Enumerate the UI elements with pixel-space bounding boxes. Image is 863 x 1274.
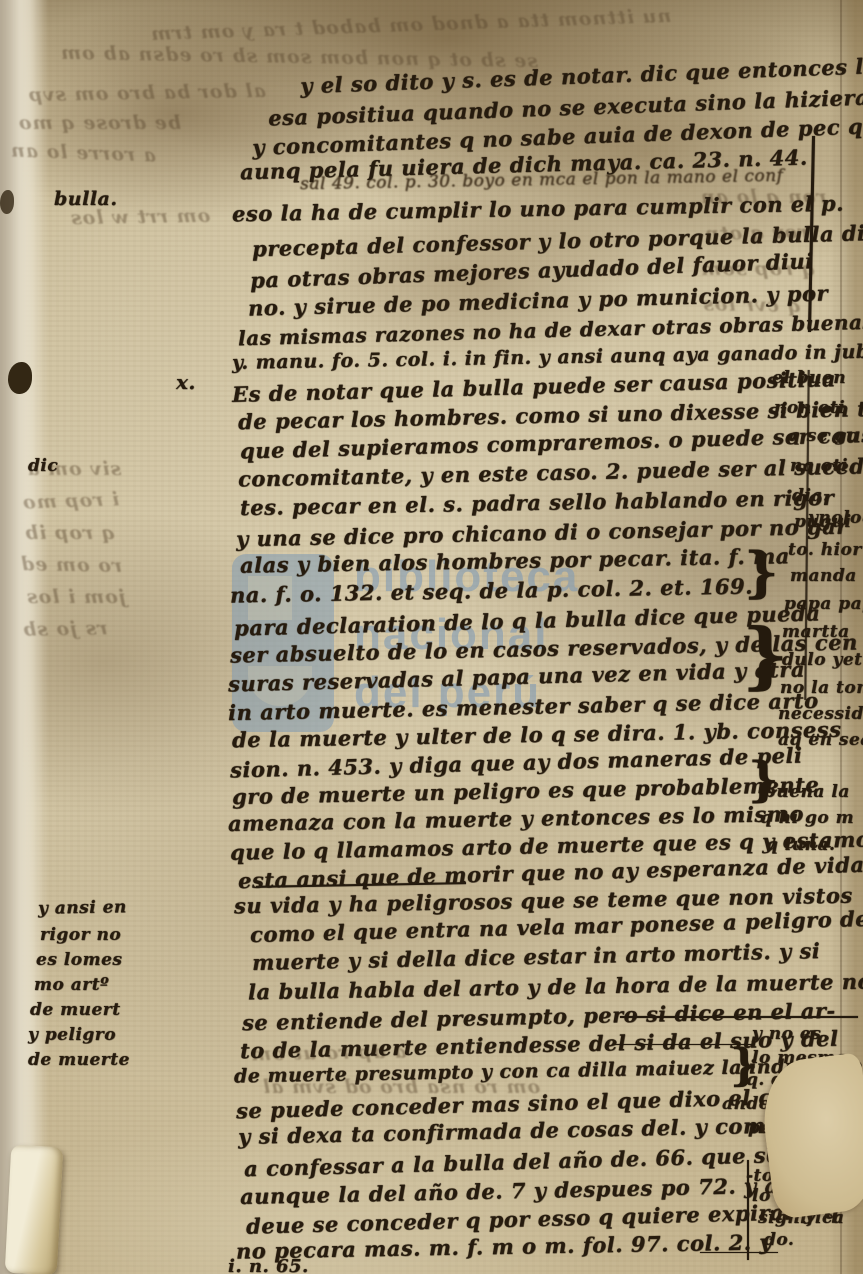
bleedthrough-line: a rorre lo an — [10, 139, 157, 166]
margin-note: papa pap — [784, 594, 863, 614]
underline — [700, 1252, 778, 1253]
bleedthrough-line: jom i los — [26, 586, 126, 608]
ink-blot — [8, 362, 32, 394]
ink-blot — [0, 190, 14, 214]
margin-note: q luna. — [766, 835, 835, 855]
bleedthrough-line: q rop ib — [24, 522, 115, 544]
margin-note: dia. — [792, 486, 829, 506]
bleedthrough-line: rs jo sb — [22, 617, 108, 640]
margin-brace: } — [748, 752, 779, 808]
manuscript-line: na. f. o. 132. et seq. de la p. col. 2. … — [230, 573, 753, 607]
margin-note: y peligro — [28, 1025, 116, 1045]
bleedthrough-line: be drose q mo — [18, 112, 181, 134]
margin-note: q hi go m — [760, 808, 854, 828]
margin-note: q se go — [788, 426, 859, 446]
margin-note: na oti. — [790, 456, 854, 476]
margin-note: rigor no — [40, 925, 121, 945]
margin-note: no la tomo — [780, 678, 863, 698]
margin-brace: } — [742, 612, 788, 697]
manuscript-page: nu ittnom tta a dnod om babod t ra y om … — [0, 0, 863, 1274]
margin-note-dic: dic — [28, 456, 58, 476]
margin-note: necessidad — [778, 704, 863, 724]
margin-note: es lomes — [36, 950, 122, 970]
margin-note: dulo yet — [782, 650, 863, 670]
margin-note: y ansi en — [38, 897, 127, 919]
bleedthrough-line: ro om ed — [20, 553, 122, 577]
margin-note: ynoloq — [808, 508, 863, 528]
manuscript-line: i. n. 65. — [228, 1256, 309, 1274]
margin-note: y no es — [752, 1024, 821, 1044]
bleedthrough-line: al dor ba bro om svp — [28, 80, 266, 106]
ink-dash-rule — [620, 1016, 858, 1018]
margin-note-bulla: bulla. — [54, 188, 117, 210]
manuscript-line: eso la ha de cumplir lo uno para cumplir… — [232, 191, 844, 227]
margin-note: de muert — [30, 1000, 121, 1020]
ink-vertical-rule — [747, 1160, 749, 1260]
margin-note: aq en seap — [778, 730, 863, 750]
margin-note: to. hior — [788, 540, 862, 560]
bleedthrough-line: i rop mo — [22, 488, 120, 513]
margin-brace: } — [730, 1040, 758, 1091]
ink-dash-rule — [612, 1044, 754, 1045]
margin-note: do. — [764, 1230, 794, 1250]
bleedthrough-line: nu ittnom tta a dnod om babod t ra y om … — [150, 5, 672, 45]
repair-tape — [5, 1145, 64, 1274]
margin-note: non oti — [774, 398, 845, 418]
margin-note: martta — [782, 622, 850, 642]
margin-note: manda — [790, 566, 857, 586]
margin-note: de muerte — [28, 1050, 130, 1070]
margin-note: mo artº — [34, 975, 109, 995]
margin-brace: } — [744, 540, 779, 604]
margin-mark-x: x. — [176, 370, 196, 394]
